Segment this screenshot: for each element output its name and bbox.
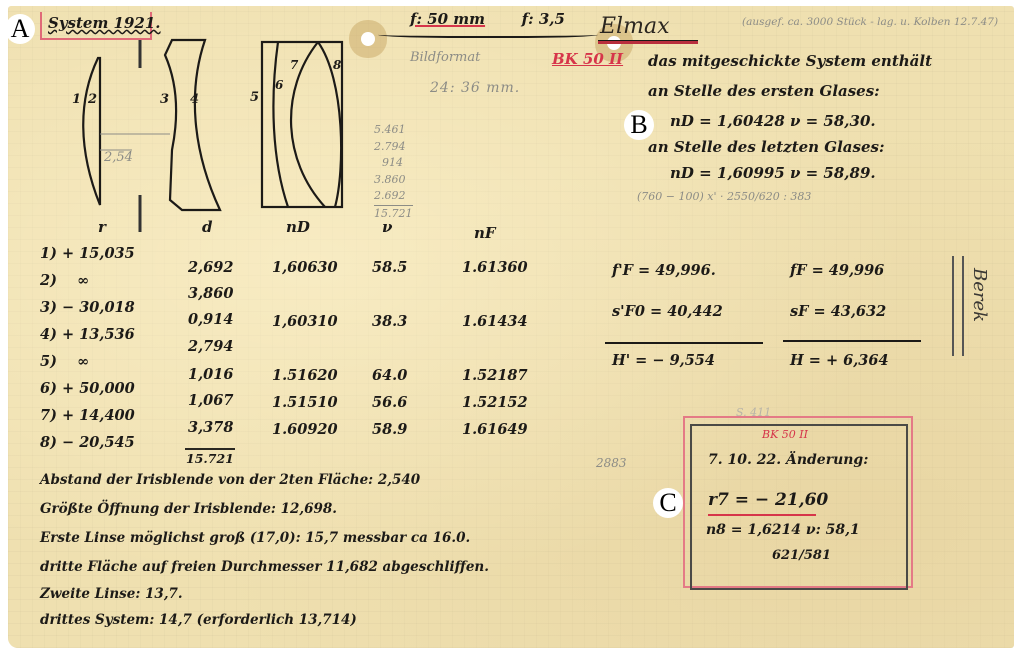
s-prime: s'F0 = 40,442	[612, 303, 723, 320]
thickness-7: 3,378	[188, 419, 233, 436]
column-header-d: d	[202, 218, 213, 236]
radius-row-3: 3) − 30,018	[40, 299, 135, 316]
stop-distance-annotation: 2,54	[104, 150, 133, 165]
thickness-5: 1,016	[188, 366, 233, 383]
f-value: fF = 49,996	[790, 262, 884, 279]
surface-label-7: 7	[290, 58, 298, 72]
results-rule-right	[783, 340, 921, 342]
glass-4-nf: 1.52152	[462, 394, 528, 411]
amendment-radius: r7 = − 21,60	[708, 490, 828, 510]
pencil-thickness-sum: 5.461 2.794 914 3.860 2.692 15.721	[374, 122, 413, 222]
amendment-date: 7. 10. 22. Änderung:	[708, 452, 868, 468]
note-line-5: Zweite Linse: 13,7.	[40, 586, 183, 602]
column-header-nd: nD	[286, 218, 310, 236]
glass-2-v: 38.3	[372, 313, 407, 330]
pencil-calculation: (760 − 100) x' · 2550/620 : 383	[637, 190, 811, 203]
glass-1-v: 58.5	[372, 259, 407, 276]
column-header-nf: nF	[474, 224, 496, 242]
amendment-faint-note: S. 411	[736, 406, 771, 419]
amendment-glass-number: 621/581	[772, 548, 831, 563]
surface-label-8: 8	[333, 58, 341, 72]
glass-5-nf: 1.61649	[462, 421, 528, 438]
surface-label-1: 1	[72, 92, 81, 107]
section-b-line-1: das mitgeschickte System enthält	[648, 52, 932, 70]
note-line-4: dritte Fläche auf freien Durchmesser 11,…	[40, 559, 489, 575]
column-header-nu: ν	[382, 218, 392, 236]
note-line-6: drittes System: 14,7 (erforderlich 13,71…	[40, 612, 357, 628]
radius-row-6: 6) + 50,000	[40, 380, 135, 397]
amendment-glass-code: BK 50 II	[762, 428, 808, 441]
f-prime: f'F = 49,996.	[612, 262, 716, 279]
glass-5-v: 58.9	[372, 421, 407, 438]
radius-row-5: 5) ∞	[40, 353, 89, 370]
note-line-1: Abstand der Irisblende von der 2ten Fläc…	[40, 472, 420, 488]
surface-label-6: 6	[275, 78, 283, 92]
section-b-values-1: nD = 1,60428 ν = 58,30.	[670, 112, 876, 130]
signature: Berek	[969, 268, 990, 322]
thickness-4: 2,794	[188, 338, 233, 355]
glass-4-nd: 1.51510	[272, 394, 338, 411]
radius-row-8: 8) − 20,545	[40, 434, 135, 451]
thickness-6: 1,067	[188, 392, 233, 409]
sum-line	[185, 448, 235, 450]
section-b-values-2: nD = 1,60995 ν = 58,89.	[670, 164, 876, 182]
glass-1-nf: 1.61360	[462, 259, 528, 276]
results-rule-left	[605, 342, 763, 344]
thickness-2: 3,860	[188, 285, 233, 302]
surface-label-3: 3	[160, 92, 169, 107]
section-b-line-2: an Stelle des ersten Glases:	[648, 82, 880, 100]
section-b-line-3: an Stelle des letzten Glases:	[648, 138, 885, 156]
amendment-glass-values: n8 = 1,6214 ν: 58,1	[706, 522, 860, 538]
radius-row-2: 2) ∞	[40, 272, 89, 289]
surface-label-5: 5	[250, 90, 259, 105]
h-value: H = + 6,364	[790, 352, 889, 369]
glass-2-nf: 1.61434	[462, 313, 528, 330]
thickness-1: 2,692	[188, 259, 233, 276]
surface-label-2: 2	[88, 92, 97, 107]
glass-1-nd: 1,60630	[272, 259, 338, 276]
thickness-total: 15.721	[186, 451, 234, 466]
pencil-number: 2883	[596, 456, 627, 470]
radius-row-4: 4) + 13,536	[40, 326, 135, 343]
h-prime: H' = − 9,554	[612, 352, 715, 369]
column-header-r: r	[98, 218, 106, 236]
glass-2-nd: 1,60310	[272, 313, 338, 330]
radius-row-7: 7) + 14,400	[40, 407, 135, 424]
amendment-radius-underline	[708, 514, 816, 516]
note-line-2: Größte Öffnung der Irisblende: 12,698.	[40, 501, 337, 517]
glass-3-nd: 1.51620	[272, 367, 338, 384]
s-value: sF = 43,632	[790, 303, 886, 320]
glass-3-v: 64.0	[372, 367, 407, 384]
radius-row-1: 1) + 15,035	[40, 245, 135, 262]
glass-4-v: 56.6	[372, 394, 407, 411]
glass-3-nf: 1.52187	[462, 367, 528, 384]
thickness-3: 0,914	[188, 311, 233, 328]
glass-5-nd: 1.60920	[272, 421, 338, 438]
note-line-3: Erste Linse möglichst groß (17,0): 15,7 …	[40, 530, 470, 546]
surface-label-4: 4	[190, 92, 199, 107]
signature-rules	[952, 256, 964, 356]
